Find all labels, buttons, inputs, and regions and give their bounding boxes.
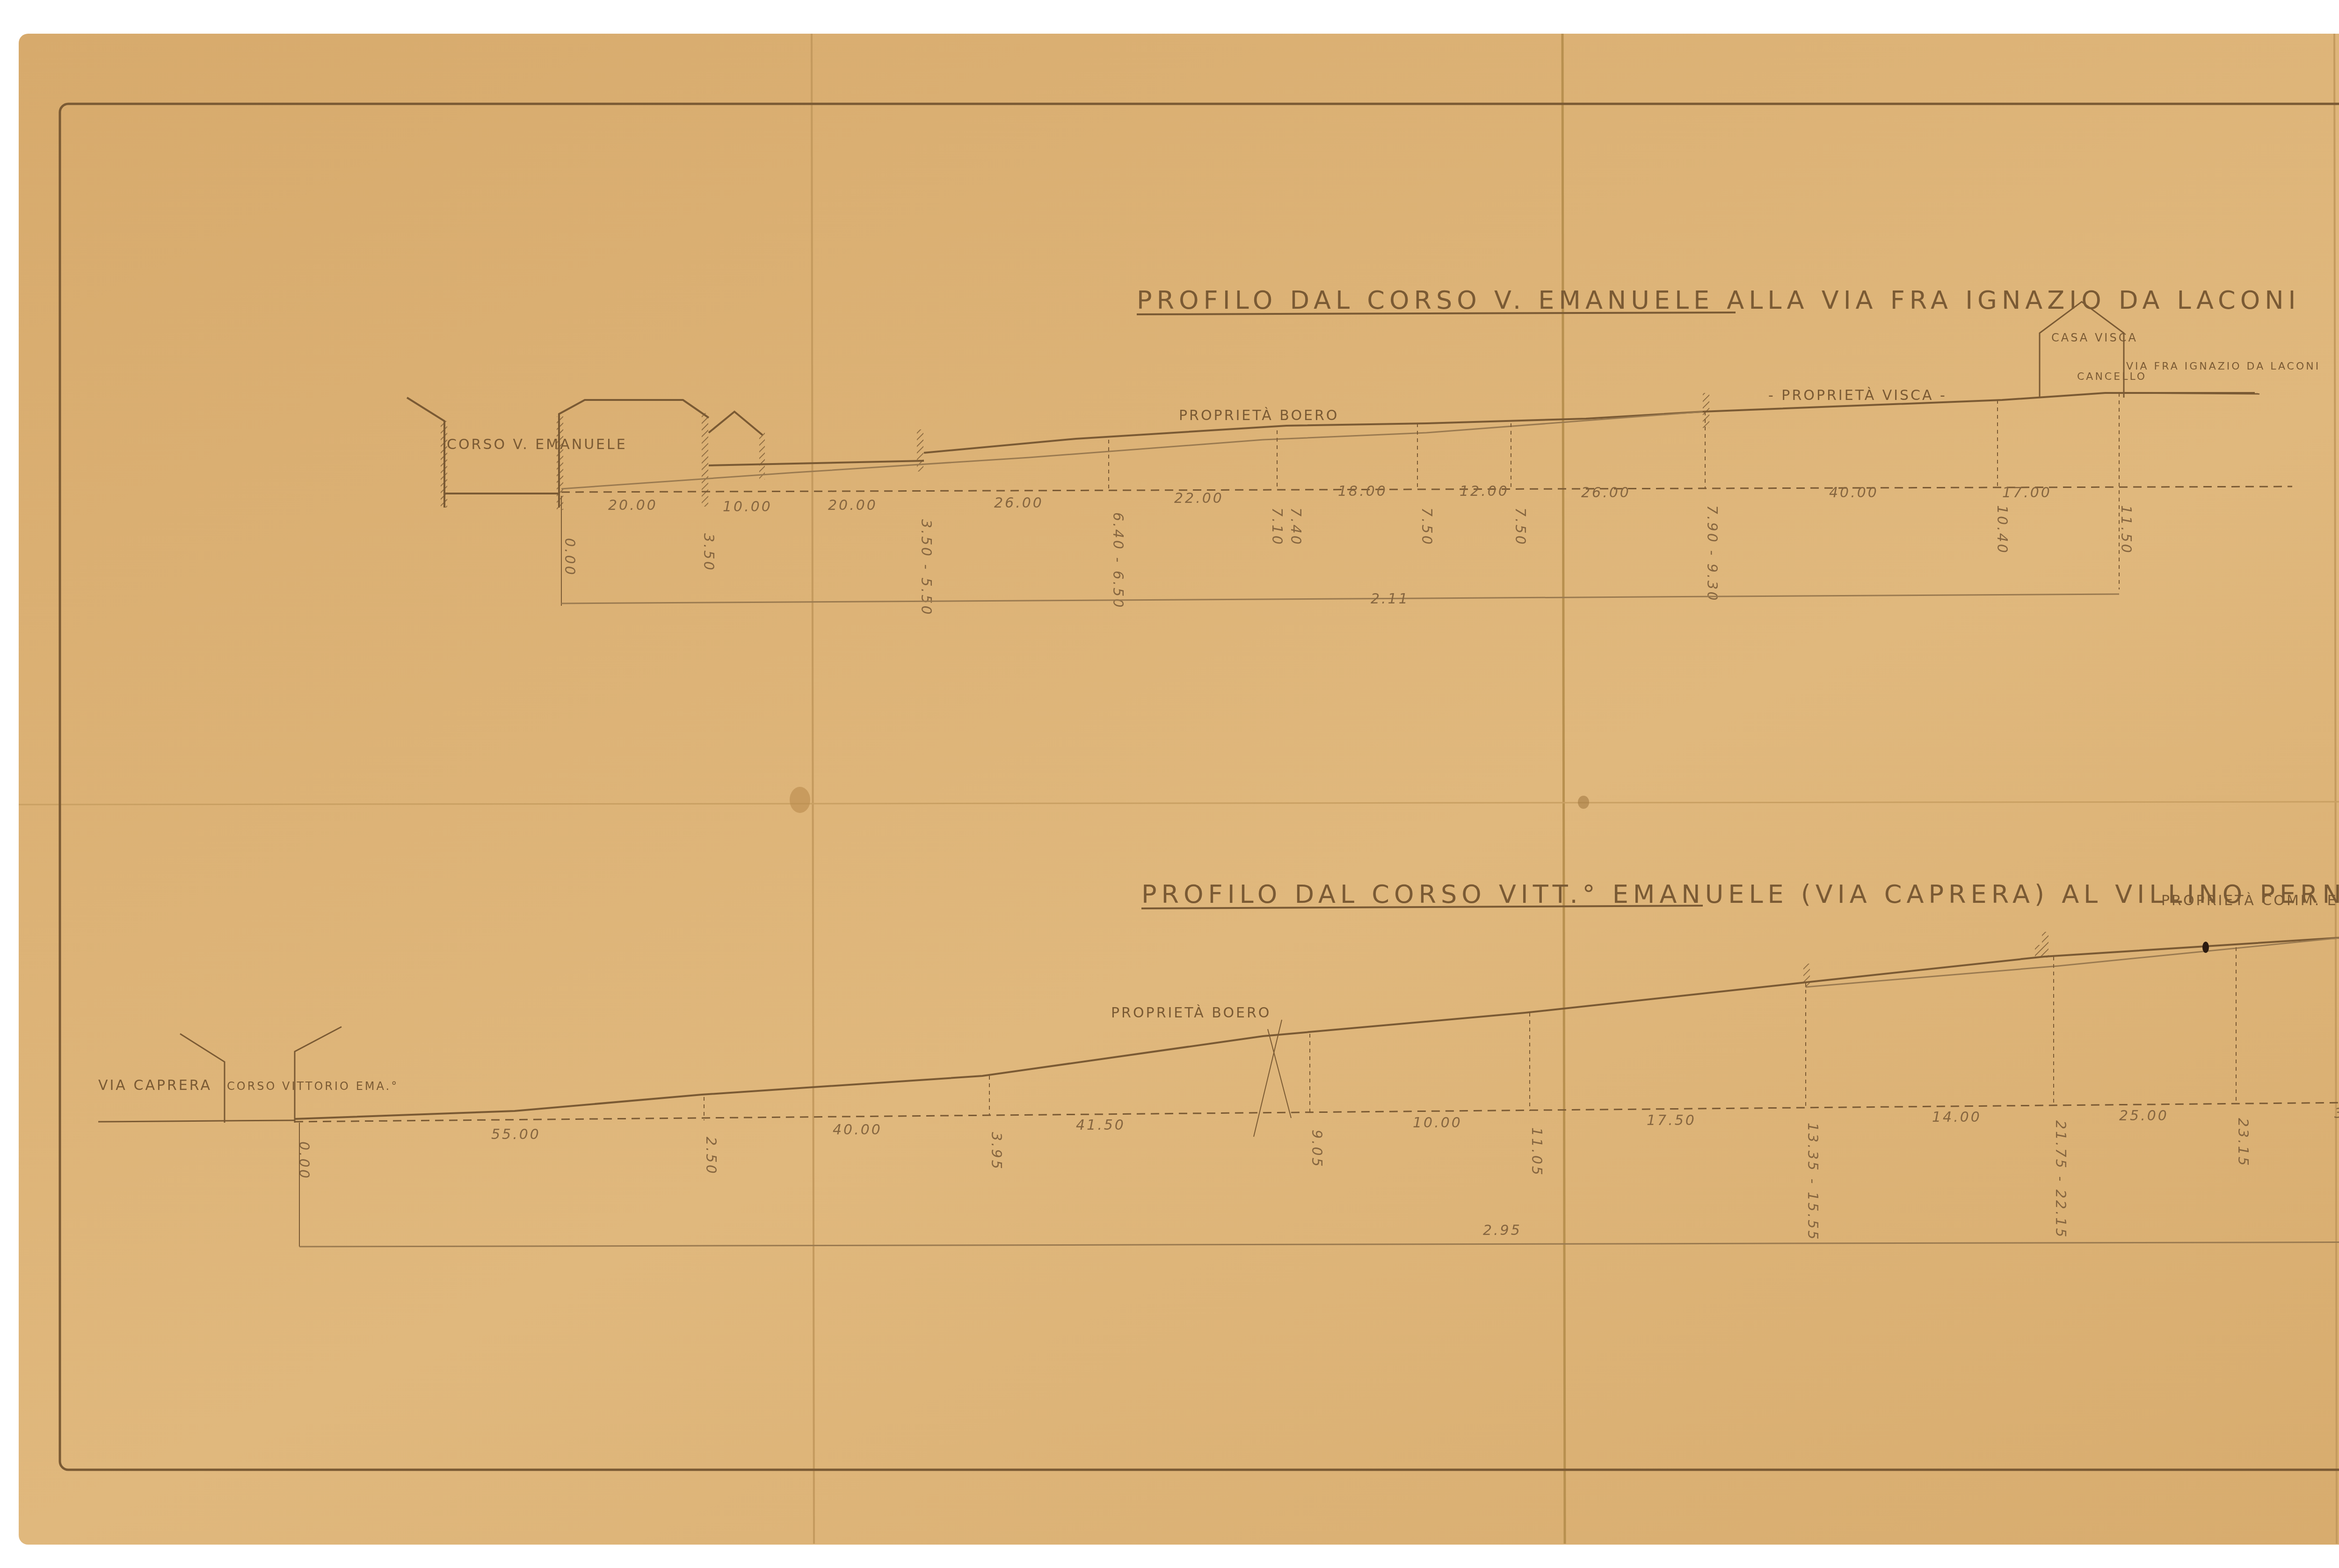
paper-stain <box>1578 796 1589 809</box>
drawing-canvas: PROFILO DAL CORSO V. EMANUELE ALLA VIA F… <box>0 0 2339 1568</box>
drawing-sheet: PROFILO DAL CORSO V. EMANUELE ALLA VIA F… <box>0 0 2339 1568</box>
dim-bottom-4: 10.00 <box>1413 1115 1462 1131</box>
dim-top-1: 20.00 <box>608 497 658 514</box>
dim-bottom-2: 40.00 <box>833 1122 882 1138</box>
dim-bottom-5: 17.50 <box>1647 1112 1696 1129</box>
label-proprieta-boero-bottom: PROPRIETÀ BOERO <box>1111 1004 1271 1021</box>
profile-bottom-title: PROFILO DAL CORSO VITT.° EMANUELE (VIA C… <box>1141 879 2339 909</box>
height-top-5: 7.10 <box>1269 508 1285 546</box>
height-bottom-8: 23.15 <box>2235 1118 2251 1168</box>
dim-bottom-3: 41.50 <box>1076 1117 1126 1133</box>
height-top-2: 3.50 <box>700 533 717 572</box>
height-top-7: 7.50 <box>1418 508 1435 546</box>
label-via-caprera: VIA CAPRERA <box>98 1077 212 1094</box>
label-proprieta-visca: - PROPRIETÀ VISCA - <box>1768 387 1947 404</box>
height-top-1: 0.00 <box>561 538 578 577</box>
dim-top-9: 40.00 <box>1829 485 1879 501</box>
label-proprieta-boero-top: PROPRIETÀ BOERO <box>1179 407 1339 424</box>
slope-note-top: 2.11 <box>1371 591 1409 607</box>
height-top-10: 10.40 <box>1994 505 2010 555</box>
dim-top-4: 26.00 <box>994 495 1044 511</box>
height-bottom-2: 2.50 <box>703 1137 719 1176</box>
height-top-9: 7.90 - 9.30 <box>1704 505 1720 603</box>
profile-top-title: PROFILO DAL CORSO V. EMANUELE ALLA VIA F… <box>1137 285 2300 315</box>
height-top-6: 7.40 <box>1287 508 1304 546</box>
dim-top-6: 18.00 <box>1338 483 1387 500</box>
height-bottom-3: 3.95 <box>988 1132 1004 1171</box>
height-top-4: 6.40 - 6.50 <box>1110 512 1126 610</box>
height-bottom-1: 0.00 <box>296 1141 312 1180</box>
dim-top-2: 10.00 <box>723 499 772 515</box>
label-casa-visca: CASA VISCA <box>2051 331 2138 344</box>
height-top-11: 11.50 <box>2118 505 2134 555</box>
dim-bottom-7: 25.00 <box>2119 1108 2169 1124</box>
dim-bottom-6: 14.00 <box>1932 1109 1982 1125</box>
dim-top-8: 26.00 <box>1581 485 1631 501</box>
label-corso-v-emanuele: CORSO V. EMANUELE <box>447 436 627 453</box>
label-corso-vittorio-ema: CORSO VITTORIO EMA.° <box>227 1080 399 1093</box>
slope-note-bottom: 2.95 <box>1483 1222 1522 1239</box>
label-proprieta-pernis: PROPRIETÀ COMM. E.G. PERNIS <box>2161 892 2339 909</box>
dim-top-5: 22.00 <box>1174 490 1224 507</box>
dim-bottom-1: 55.00 <box>491 1126 541 1143</box>
height-bottom-5: 11.05 <box>1528 1127 1545 1177</box>
dim-top-3: 20.00 <box>828 497 878 514</box>
label-via-fra-ignazio: VIA FRA IGNAZIO DA LACONI <box>2126 361 2320 372</box>
ink-dot <box>2202 942 2209 953</box>
height-bottom-7: 21.75 - 22.15 <box>2052 1120 2069 1239</box>
height-bottom-4: 9.05 <box>1308 1130 1325 1169</box>
dim-top-7: 12.00 <box>1460 483 1509 500</box>
paper-stain <box>790 787 810 813</box>
height-top-8: 7.50 <box>1512 508 1528 546</box>
height-bottom-6: 13.35 - 15.55 <box>1804 1123 1821 1241</box>
dim-bottom-8: 30.00 <box>2334 1105 2339 1122</box>
label-cancello: CANCELLO <box>2077 371 2147 383</box>
paper-sheet <box>19 34 2339 1545</box>
dim-top-10: 17.00 <box>2002 485 2052 501</box>
